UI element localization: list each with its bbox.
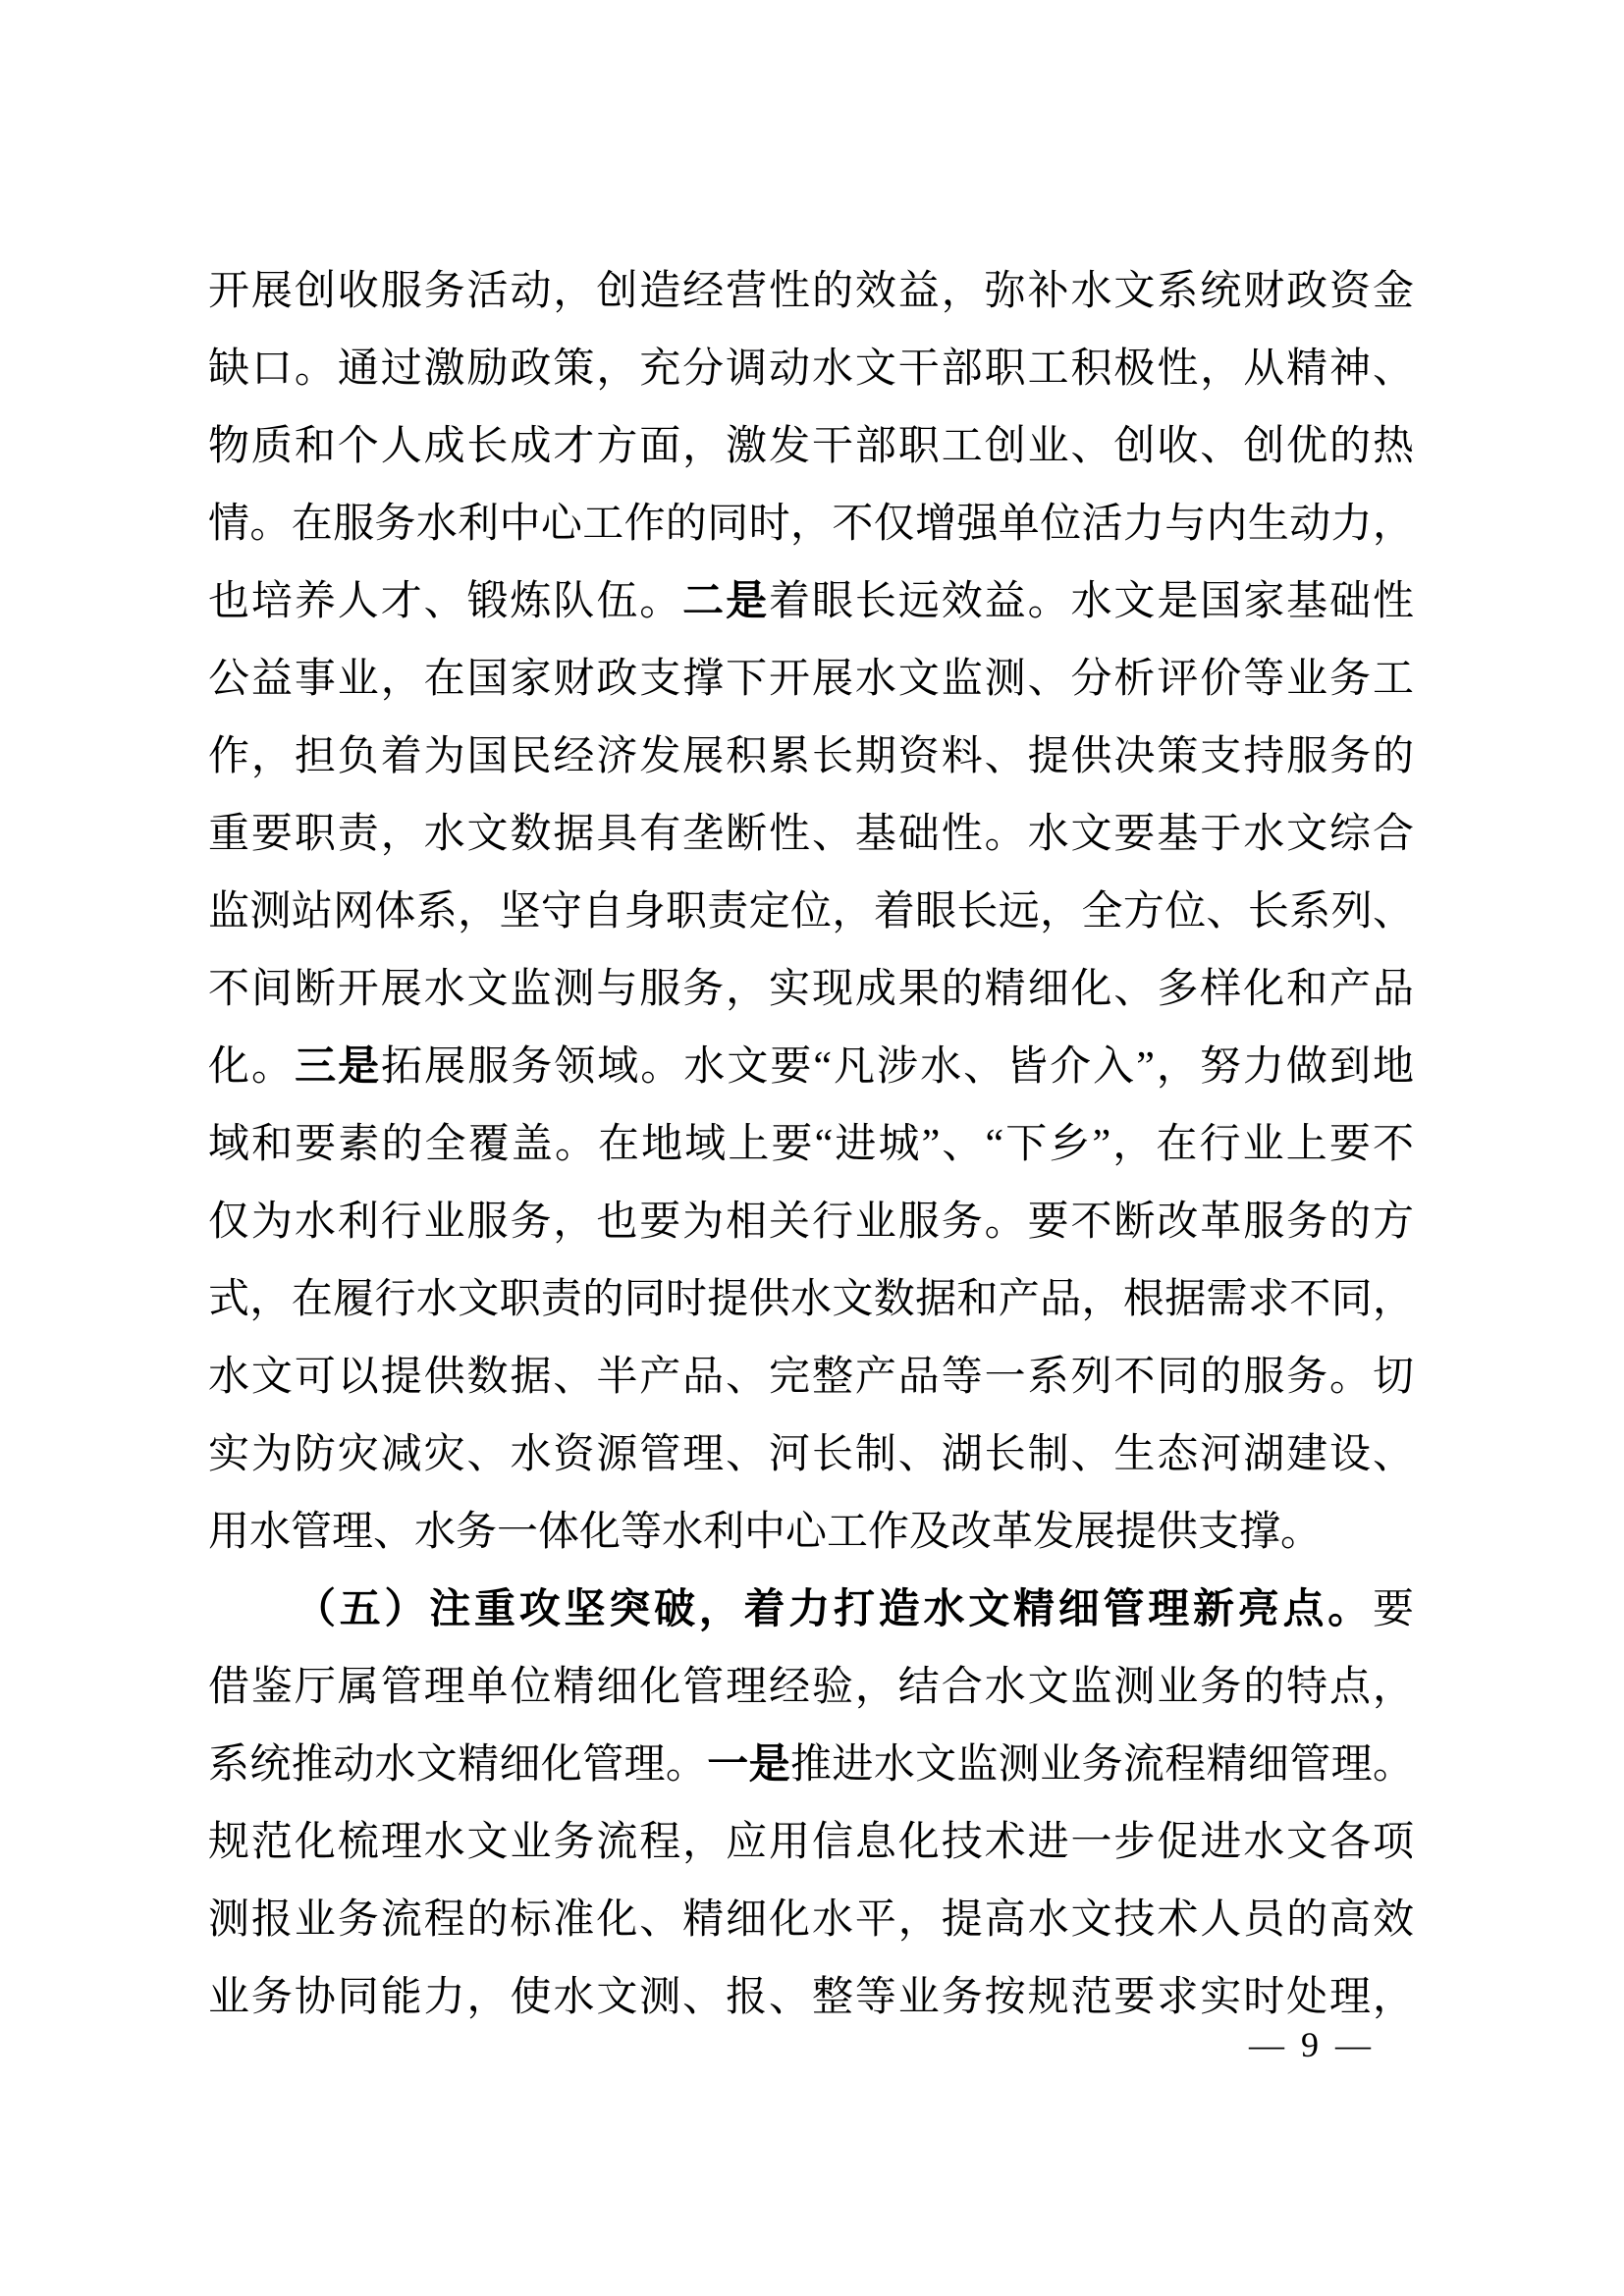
text-segment: 公益事业，在国家财政支撑下开展水文监测、分析评价等业务工 — [208, 657, 1414, 702]
text-line-14: 式，在履行水文职责的同时提供水文数据和产品，根据需求不同， — [208, 1261, 1414, 1339]
document-page: 开展创收服务活动，创造经营性的效益，弥补水文系统财政资金缺口。通过激励政策，充分… — [0, 0, 1624, 2296]
text-segment: 用水管理、水务一体化等水利中心工作及改革发展提供支撑。 — [208, 1510, 1322, 1555]
text-segment: 开展创收服务活动，创造经营性的效益，弥补水文系统财政资金 — [208, 269, 1414, 314]
text-segment: 域和要素的全覆盖。在地域上要“进城”、“下乡”，在行业上要不 — [208, 1122, 1414, 1167]
text-line-13: 仅为水利行业服务，也要为相关行业服务。要不断改革服务的方 — [208, 1184, 1414, 1261]
text-segment: 系统推动水文精细化管理。 — [208, 1742, 707, 1788]
text-segment: 不间断开展水文监测与服务，实现成果的精细化、多样化和产品 — [208, 967, 1414, 1012]
text-segment: 物质和个人成长成才方面，激发干部职工创业、创收、创优的热 — [208, 424, 1414, 469]
text-segment: 情。在服务水利中心工作的同时，不仅增强单位活力与内生动力， — [208, 502, 1414, 547]
text-line-7: 作，担负着为国民经济发展积累长期资料、提供决策支持服务的 — [208, 719, 1414, 796]
text-segment: 测报业务流程的标准化、精细化水平，提高水文技术人员的高效 — [208, 1897, 1414, 1943]
text-segment: 着眼长远效益。水文是国家基础性 — [769, 579, 1414, 624]
text-line-6: 公益事业，在国家财政支撑下开展水文监测、分析评价等业务工 — [208, 641, 1414, 719]
bold-text-segment: 二是 — [682, 579, 769, 624]
text-line-23: 业务协同能力，使水文测、报、整等业务按规范要求实时处理， — [208, 1959, 1414, 2037]
text-segment: 借鉴厅属管理单位精细化管理经验，结合水文监测业务的特点， — [208, 1665, 1414, 1710]
text-segment: 业务协同能力，使水文测、报、整等业务按规范要求实时处理， — [208, 1975, 1414, 2020]
text-line-21: 规范化梳理水文业务流程，应用信息化技术进一步促进水文各项 — [208, 1804, 1414, 1882]
text-segment: 重要职责，水文数据具有垄断性、基础性。水文要基于水文综合 — [208, 812, 1414, 857]
text-segment: 要 — [1373, 1587, 1414, 1632]
text-line-20: 系统推动水文精细化管理。一是推进水文监测业务流程精细管理。 — [208, 1727, 1414, 1804]
text-segment: 规范化梳理水文业务流程，应用信息化技术进一步促进水文各项 — [208, 1820, 1414, 1865]
text-segment: 化。 — [208, 1044, 295, 1090]
text-line-4: 情。在服务水利中心工作的同时，不仅增强单位活力与内生动力， — [208, 486, 1414, 563]
bold-text-segment: （五）注重攻坚突破，着力打造水文精细管理新亮点。 — [295, 1587, 1373, 1632]
page-number: — 9 — — [1249, 2024, 1375, 2066]
text-line-3: 物质和个人成长成才方面，激发干部职工创业、创收、创优的热 — [208, 408, 1414, 486]
text-line-9: 监测站网体系，坚守自身职责定位，着眼长远，全方位、长系列、 — [208, 874, 1414, 951]
text-line-16: 实为防灾减灾、水资源管理、河长制、湖长制、生态河湖建设、 — [208, 1416, 1414, 1494]
text-segment: 仅为水利行业服务，也要为相关行业服务。要不断改革服务的方 — [208, 1200, 1414, 1245]
text-segment: 缺口。通过激励政策，充分调动水文干部职工积极性，从精神、 — [208, 347, 1414, 392]
text-line-19: 借鉴厅属管理单位精细化管理经验，结合水文监测业务的特点， — [208, 1649, 1414, 1727]
text-line-1: 开展创收服务活动，创造经营性的效益，弥补水文系统财政资金 — [208, 253, 1414, 331]
text-line-8: 重要职责，水文数据具有垄断性、基础性。水文要基于水文综合 — [208, 796, 1414, 874]
text-line-12: 域和要素的全覆盖。在地域上要“进城”、“下乡”，在行业上要不 — [208, 1106, 1414, 1184]
text-segment: 也培养人才、锻炼队伍。 — [208, 579, 682, 624]
text-segment: 拓展服务领域。水文要“凡涉水、皆介入”，努力做到地 — [381, 1044, 1414, 1090]
text-segment: 实为防灾减灾、水资源管理、河长制、湖长制、生态河湖建设、 — [208, 1432, 1414, 1477]
text-segment: 水文可以提供数据、半产品、完整产品等一系列不同的服务。切 — [208, 1355, 1414, 1400]
body-text: 开展创收服务活动，创造经营性的效益，弥补水文系统财政资金缺口。通过激励政策，充分… — [208, 253, 1414, 2037]
text-line-2: 缺口。通过激励政策，充分调动水文干部职工积极性，从精神、 — [208, 331, 1414, 408]
text-line-15: 水文可以提供数据、半产品、完整产品等一系列不同的服务。切 — [208, 1339, 1414, 1416]
text-line-17: 用水管理、水务一体化等水利中心工作及改革发展提供支撑。 — [208, 1494, 1414, 1572]
text-segment: 作，担负着为国民经济发展积累长期资料、提供决策支持服务的 — [208, 734, 1414, 779]
text-segment: 式，在履行水文职责的同时提供水文数据和产品，根据需求不同， — [208, 1277, 1414, 1322]
text-segment: 监测站网体系，坚守自身职责定位，着眼长远，全方位、长系列、 — [208, 889, 1414, 934]
text-line-5: 也培养人才、锻炼队伍。二是着眼长远效益。水文是国家基础性 — [208, 563, 1414, 641]
text-line-10: 不间断开展水文监测与服务，实现成果的精细化、多样化和产品 — [208, 951, 1414, 1029]
text-line-18: （五）注重攻坚突破，着力打造水文精细管理新亮点。要 — [208, 1572, 1414, 1649]
text-line-22: 测报业务流程的标准化、精细化水平，提高水文技术人员的高效 — [208, 1882, 1414, 1959]
text-line-11: 化。三是拓展服务领域。水文要“凡涉水、皆介入”，努力做到地 — [208, 1029, 1414, 1106]
bold-text-segment: 一是 — [707, 1742, 790, 1788]
text-segment: 推进水文监测业务流程精细管理。 — [790, 1742, 1414, 1788]
bold-text-segment: 三是 — [295, 1044, 381, 1090]
